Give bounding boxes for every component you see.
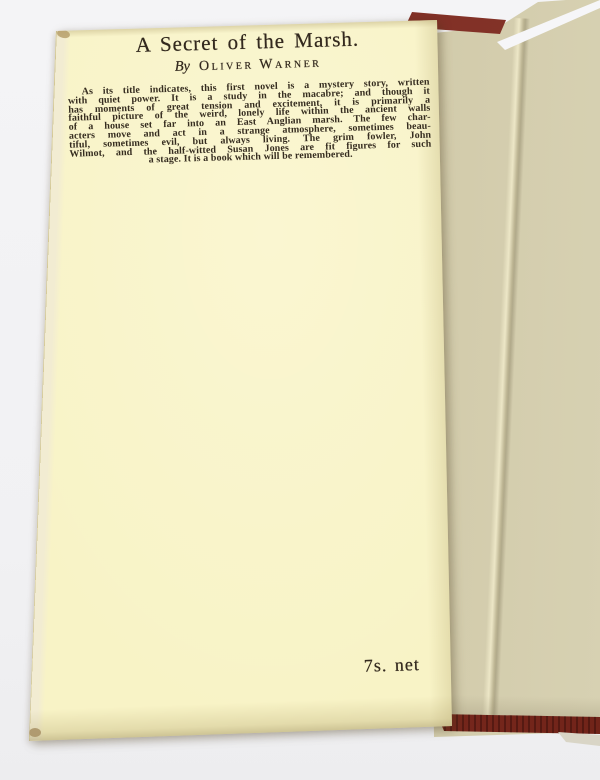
wear-speck [46,98,50,104]
byline-prefix: By [174,58,190,74]
author-name: Oliver Warner [199,56,322,74]
book-blurb: As its title indicates, this first novel… [68,79,432,168]
book-photograph: A Secret of the Marsh. By Oliver Warner … [0,0,600,780]
wear-chip [29,728,41,737]
price-label: 7s. net [351,654,434,677]
flap-printed-content: A Secret of the Marsh. By Oliver Warner … [58,19,456,749]
wear-speck [41,182,44,186]
